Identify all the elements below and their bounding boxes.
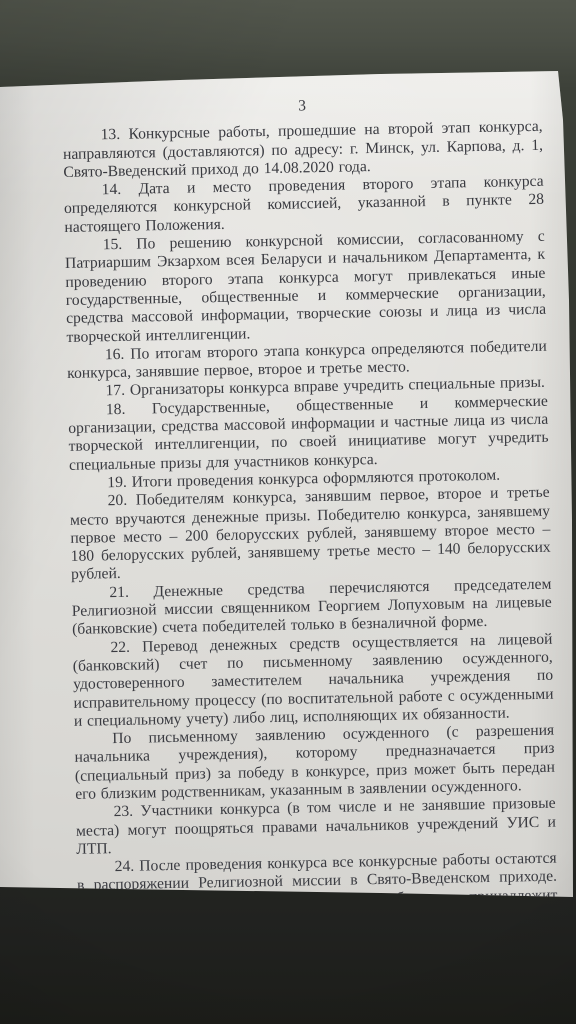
paragraph-18: 18. Государственные, общественные и комм…	[68, 392, 549, 474]
paragraph-13: 13. Конкурсные работы, прошедшие на втор…	[62, 118, 543, 182]
paragraph-22-supplement: По письменному заявлению осужденного (с …	[74, 722, 555, 804]
document-page: 3 13. Конкурсные работы, прошедшие на вт…	[0, 0, 576, 1024]
document-text-block: 3 13. Конкурсные работы, прошедшие на вт…	[62, 93, 558, 932]
paragraph-24: 24. После проведения конкурса все конкур…	[77, 850, 558, 932]
paragraph-15: 15. По решению конкурсной комиссии, согл…	[65, 228, 547, 347]
page-number: 3	[62, 93, 542, 121]
paragraph-22: 22. Перевод денежных средств осуществляе…	[72, 630, 554, 731]
paragraph-20: 20. Победителям конкурса, занявшим перво…	[70, 484, 552, 585]
paragraph-23: 23. Участники конкурса (в том числе и не…	[75, 795, 556, 859]
paragraph-14: 14. Дата и место проведения второго этап…	[64, 173, 545, 237]
photo-background: 3 13. Конкурсные работы, прошедшие на вт…	[0, 0, 576, 1024]
paragraph-21: 21. Денежные средства перечисляются пред…	[71, 575, 552, 639]
